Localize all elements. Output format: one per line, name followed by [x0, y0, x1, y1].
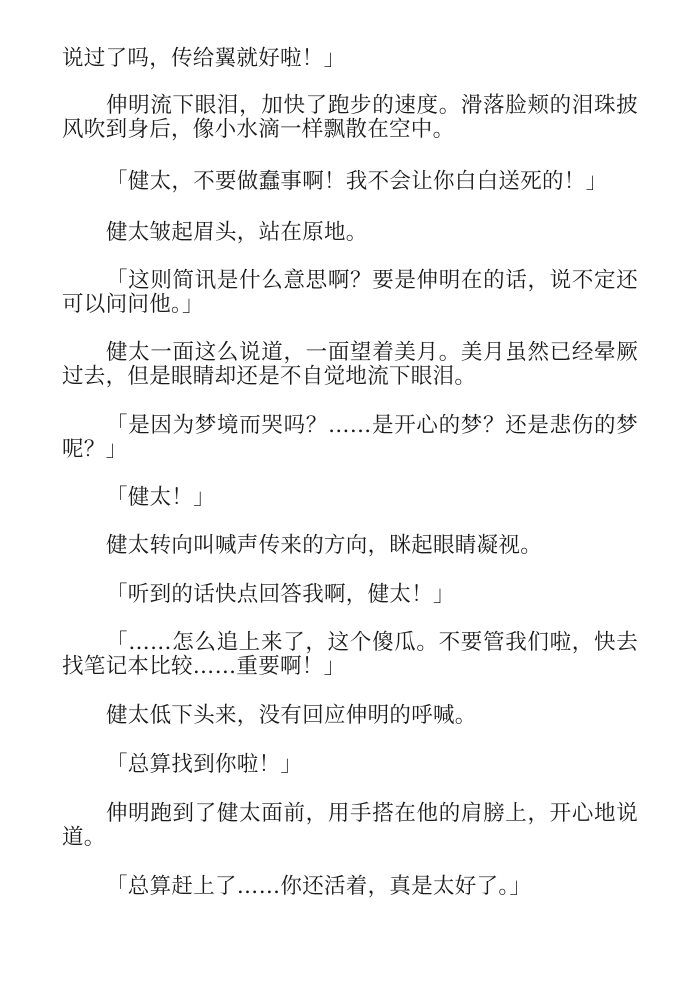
paragraph-13: 「总算找到你啦！」	[62, 753, 638, 777]
paragraph-6: 健太一面这么说道，一面望着美月。美月虽然已经晕厥过去，但是眼睛却还是不自觉地流下…	[62, 341, 638, 389]
paragraph-4: 健太皱起眉头，站在原地。	[62, 221, 638, 245]
paragraph-11: 「……怎么追上来了，这个傻瓜。不要管我们啦，快去找笔记本比较……重要啊！」	[62, 631, 638, 679]
paragraph-1: 说过了吗，传给翼就好啦！」	[62, 47, 638, 71]
paragraph-8: 「健太！」	[62, 486, 638, 510]
paragraph-12: 健太低下头来，没有回应伸明的呼喊。	[62, 704, 638, 728]
paragraph-2: 伸明流下眼泪，加快了跑步的速度。滑落脸颊的泪珠披风吹到身后，像小水滴一样飘散在空…	[62, 94, 638, 142]
paragraph-15: 「总算赶上了……你还活着，真是太好了。」	[62, 875, 638, 899]
paragraph-9: 健太转向叫喊声传来的方向，眯起眼睛凝视。	[62, 534, 638, 558]
paragraph-3: 「健太，不要做蠢事啊！我不会让你白白送死的！」	[62, 170, 638, 194]
paragraph-7: 「是因为梦境而哭吗？……是开心的梦？还是悲伤的梦呢？」	[62, 414, 638, 462]
paragraph-10: 「听到的话快点回答我啊，健太！」	[62, 583, 638, 607]
paragraph-14: 伸明跑到了健太面前，用手搭在他的肩膀上，开心地说道。	[62, 802, 638, 850]
paragraph-5: 「这则简讯是什么意思啊？要是伸明在的话，说不定还可以问问他。」	[62, 269, 638, 317]
